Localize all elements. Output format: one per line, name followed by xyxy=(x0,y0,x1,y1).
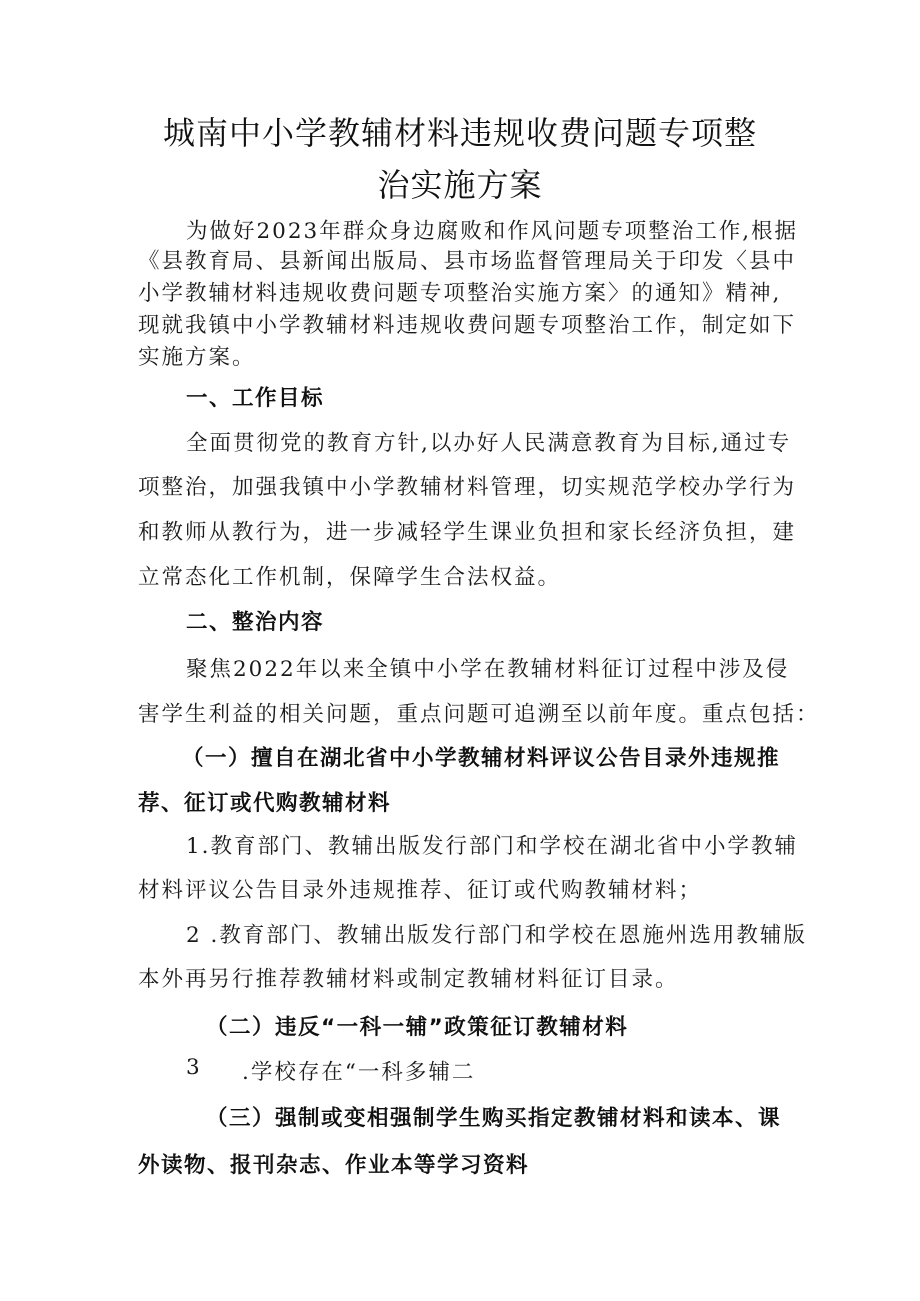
item-2-line: 2 .教育部门、教辅出版发行部门和学校在恩施州选用教辅版 xyxy=(186,918,807,949)
section-heading-content: 二、整治内容 xyxy=(186,605,324,636)
goals-line: 全面贯彻党的教育方针,以办好人民满意教育为目标,通过专 xyxy=(186,426,791,457)
subsection-heading-1: （一）擅自在湖北省中小学教辅材料评议公告目录外违规推 xyxy=(182,741,780,772)
document-title-line-1: 城南中小学教辅材料违规收费问题专项整 xyxy=(100,108,820,154)
intro-line: 小学教辅材料违规收费问题专项整治实施方案〉的通知》精神, xyxy=(138,276,781,307)
item-1-line: 1.教育部门、教辅出版发行部门和学校在湖北省中小学教辅 xyxy=(186,829,798,860)
item-2-line: 本外再另行推荐教辅材料或制定教辅材料征订目录。 xyxy=(138,962,679,993)
item-1-line: 材料评议公告目录外违规推荐、征订或代购教辅材料； xyxy=(138,873,702,904)
document-page: 城南中小学教辅材料违规收费问题专项整 治实施方案 为做好2023年群众身边腐败和… xyxy=(0,0,920,1301)
subsection-heading-1-cont: 荐、征订或代购教辅材料 xyxy=(138,786,391,817)
item-3-text: .学校存在“一科多辅二 xyxy=(242,1055,475,1086)
intro-line: 现就我镇中小学教辅材料违规收费问题专项整治工作，制定如下 xyxy=(138,308,796,339)
subsection-heading-3-cont: 外读物、报刊杂志、作业本等学习资料 xyxy=(138,1148,529,1179)
goals-line: 项整治，加强我镇中小学教辅材料管理，切实规范学校办学行为 xyxy=(138,470,796,501)
intro-line: 为做好2023年群众身边腐败和作风问题专项整治工作,根据 xyxy=(186,214,798,245)
item-3-number: 3 xyxy=(186,1055,202,1080)
subsection-heading-3: （三）强制或变相强制学生购买指定教铺材料和读本、课 xyxy=(206,1101,781,1132)
section-heading-goals: 一、工作目标 xyxy=(186,381,324,412)
document-title-line-2: 治实施方案 xyxy=(100,160,820,206)
goals-line: 和教师从教行为，进一步减轻学生课业负担和家长经济负担，建 xyxy=(138,515,796,546)
subsection-heading-2: （二）违反“一科一辅”政策征订教辅材料 xyxy=(206,1010,628,1041)
content-line: 害学生利益的相关问题，重点问题可追溯至以前年度。重点包括： xyxy=(138,697,820,728)
intro-line: 实施方案。 xyxy=(138,340,256,371)
content-line: 聚焦2022年以来全镇中小学在教辅材料征订过程中涉及侵 xyxy=(186,652,789,683)
intro-line: 《县教育局、县新闻出版局、县市场监督管理局关于印发〈县中 xyxy=(138,244,796,275)
goals-line: 立常态化工作机制，保障学生合法权益。 xyxy=(138,560,561,591)
